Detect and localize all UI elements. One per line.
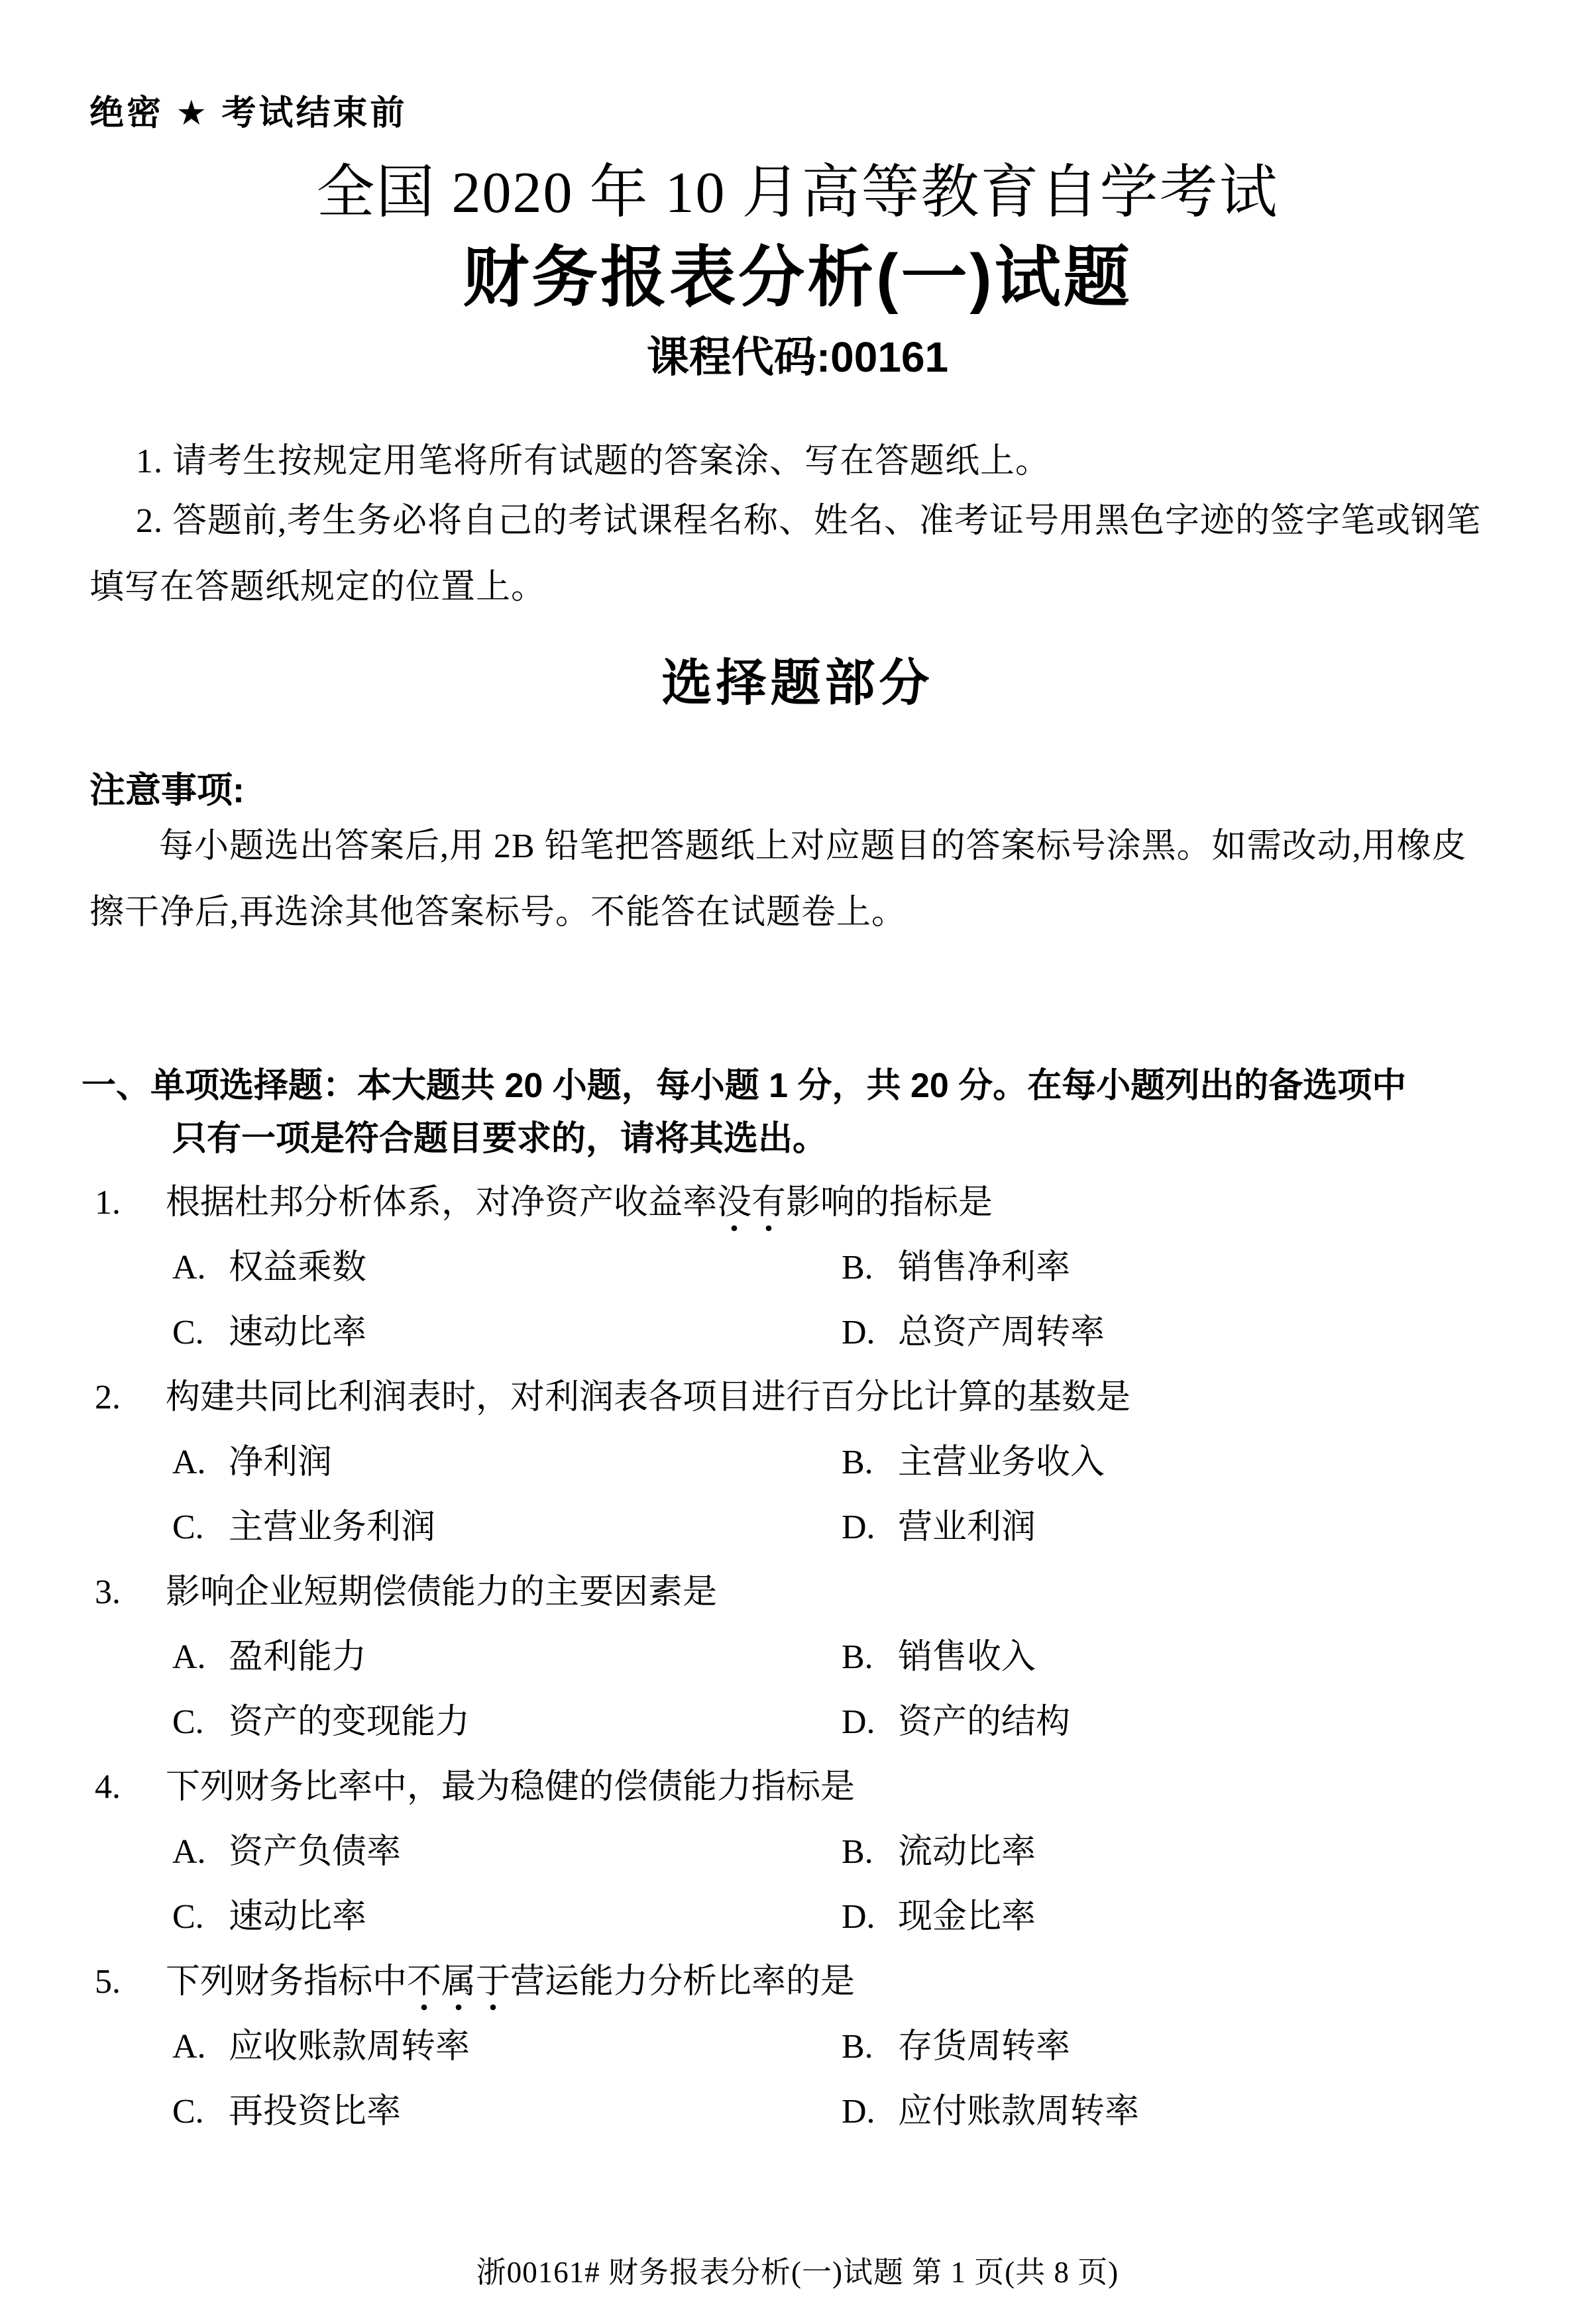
option-text: 资产的变现能力: [229, 1703, 470, 1741]
option-label: B.: [842, 2015, 898, 2080]
option-b: B.存货周转率: [842, 2015, 1506, 2080]
part-one-heading-line-1: 一、单项选择题：本大题共 20 小题，每小题 1 分，共 20 分。在每小题列出…: [82, 1059, 1506, 1112]
option-label: D.: [842, 1495, 898, 1560]
option-text: 资产的结构: [898, 1703, 1070, 1741]
question-3: 3.影响企业短期偿债能力的主要因素是 A.盈利能力 B.销售收入 C.资产的变现…: [89, 1560, 1506, 1755]
question-number: 3.: [89, 1560, 166, 1625]
option-a: A.权益乘数: [172, 1236, 842, 1300]
option-text: 再投资比率: [229, 2093, 401, 2131]
option-b: B.流动比率: [842, 1820, 1506, 1885]
option-a: A.盈利能力: [172, 1625, 842, 1690]
option-c: C.主营业务利润: [172, 1495, 842, 1560]
option-text: 营业利润: [898, 1508, 1036, 1546]
question-text: 影响的指标是: [786, 1184, 993, 1222]
option-b: B.销售净利率: [842, 1236, 1506, 1300]
question-4: 4.下列财务比率中，最为稳健的偿债能力指标是 A.资产负债率 B.流动比率 C.…: [89, 1755, 1506, 1950]
question-emphasized-text: 没有: [717, 1184, 786, 1234]
question-list: 1.根据杜邦分析体系，对净资产收益率没有影响的指标是 A.权益乘数 B.销售净利…: [89, 1171, 1506, 2144]
question-1: 1.根据杜邦分析体系，对净资产收益率没有影响的指标是 A.权益乘数 B.销售净利…: [89, 1171, 1506, 1365]
option-label: C.: [172, 1495, 229, 1560]
question-text: 下列财务比率中，最为稳健的偿债能力指标是: [166, 1768, 855, 1806]
question-4-options-cd: C.速动比率 D.现金比率: [89, 1885, 1506, 1950]
exam-page: 绝密 ★ 考试结束前 全国 2020 年 10 月高等教育自学考试 财务报表分析…: [0, 0, 1595, 2144]
exam-title: 全国 2020 年 10 月高等教育自学考试: [89, 160, 1506, 227]
option-text: 应付账款周转率: [898, 2093, 1139, 2131]
option-label: D.: [842, 1300, 898, 1365]
paper-title: 财务报表分析(一)试题: [89, 240, 1506, 316]
option-d: D.现金比率: [842, 1885, 1506, 1950]
question-text: 营运能力分析比率的是: [510, 1963, 855, 2001]
question-1-options-ab: A.权益乘数 B.销售净利率: [89, 1236, 1506, 1300]
notes-label: 注意事项:: [89, 769, 1506, 812]
question-3-stem: 3.影响企业短期偿债能力的主要因素是: [89, 1560, 1506, 1625]
question-text: 下列财务指标中: [166, 1963, 407, 2001]
option-text: 权益乘数: [229, 1249, 366, 1287]
option-a: A.应收账款周转率: [172, 2015, 842, 2080]
course-code: 课程代码:00161: [89, 333, 1506, 382]
option-label: A.: [172, 1820, 229, 1885]
part-one-heading: 一、单项选择题：本大题共 20 小题，每小题 1 分，共 20 分。在每小题列出…: [82, 1059, 1506, 1165]
question-2-stem: 2.构建共同比利润表时，对利润表各项目进行百分比计算的基数是: [89, 1365, 1506, 1430]
option-label: C.: [172, 1300, 229, 1365]
option-c: C.再投资比率: [172, 2080, 842, 2144]
option-d: D.资产的结构: [842, 1690, 1506, 1755]
question-2: 2.构建共同比利润表时，对利润表各项目进行百分比计算的基数是 A.净利润 B.主…: [89, 1365, 1506, 1560]
option-text: 存货周转率: [898, 2028, 1070, 2066]
question-number: 4.: [89, 1755, 166, 1820]
option-b: B.销售收入: [842, 1625, 1506, 1690]
part-one-heading-line-2: 只有一项是符合题目要求的，请将其选出。: [82, 1112, 1506, 1165]
question-3-options-cd: C.资产的变现能力 D.资产的结构: [89, 1690, 1506, 1755]
question-1-options-cd: C.速动比率 D.总资产周转率: [89, 1300, 1506, 1365]
option-b: B.主营业务收入: [842, 1430, 1506, 1495]
option-d: D.总资产周转率: [842, 1300, 1506, 1365]
option-text: 主营业务利润: [229, 1508, 435, 1546]
instruction-line-1: 1. 请考生按规定用笔将所有试题的答案涂、写在答题纸上。: [89, 441, 1506, 482]
option-label: C.: [172, 1690, 229, 1755]
question-5-options-cd: C.再投资比率 D.应付账款周转率: [89, 2080, 1506, 2144]
question-text: 构建共同比利润表时，对利润表各项目进行百分比计算的基数是: [166, 1379, 1130, 1416]
question-5: 5.下列财务指标中不属于营运能力分析比率的是 A.应收账款周转率 B.存货周转率…: [89, 1950, 1506, 2144]
question-2-options-cd: C.主营业务利润 D.营业利润: [89, 1495, 1506, 1560]
question-2-options-ab: A.净利润 B.主营业务收入: [89, 1430, 1506, 1495]
question-text: 根据杜邦分析体系，对净资产收益率: [166, 1184, 717, 1222]
option-label: A.: [172, 1236, 229, 1300]
notes-line-1: 每小题选出答案后,用 2B 铅笔把答题纸上对应题目的答案标号涂黑。如需改动,用橡…: [89, 826, 1506, 867]
option-text: 速动比率: [229, 1314, 366, 1351]
question-text: 影响企业短期偿债能力的主要因素是: [166, 1573, 717, 1611]
question-5-stem: 5.下列财务指标中不属于营运能力分析比率的是: [89, 1950, 1506, 2015]
notes-line-2: 擦干净后,再选涂其他答案标号。不能答在试题卷上。: [89, 892, 1506, 933]
security-label: 绝密 ★ 考试结束前: [89, 93, 1506, 134]
question-1-stem: 1.根据杜邦分析体系，对净资产收益率没有影响的指标是: [89, 1171, 1506, 1236]
option-text: 盈利能力: [229, 1638, 366, 1676]
question-number: 5.: [89, 1950, 166, 2015]
instruction-line-3: 填写在答题纸规定的位置上。: [89, 567, 1506, 608]
question-3-options-ab: A.盈利能力 B.销售收入: [89, 1625, 1506, 1690]
option-text: 销售净利率: [898, 1249, 1070, 1287]
option-label: C.: [172, 2080, 229, 2144]
option-d: D.营业利润: [842, 1495, 1506, 1560]
option-text: 速动比率: [229, 1898, 366, 1936]
option-text: 流动比率: [898, 1833, 1036, 1871]
page-footer: 浙00161# 财务报表分析(一)试题 第 1 页(共 8 页): [0, 2254, 1595, 2291]
option-d: D.应付账款周转率: [842, 2080, 1506, 2144]
option-c: C.资产的变现能力: [172, 1690, 842, 1755]
option-c: C.速动比率: [172, 1300, 842, 1365]
option-label: B.: [842, 1625, 898, 1690]
question-emphasized-text: 不属于: [407, 1963, 510, 2013]
question-5-options-ab: A.应收账款周转率 B.存货周转率: [89, 2015, 1506, 2080]
question-number: 1.: [89, 1171, 166, 1236]
option-label: A.: [172, 1430, 229, 1495]
option-text: 销售收入: [898, 1638, 1036, 1676]
option-label: B.: [842, 1820, 898, 1885]
option-label: A.: [172, 2015, 229, 2080]
option-text: 主营业务收入: [898, 1444, 1105, 1481]
option-text: 应收账款周转率: [229, 2028, 470, 2066]
question-4-stem: 4.下列财务比率中，最为稳健的偿债能力指标是: [89, 1755, 1506, 1820]
option-label: D.: [842, 1885, 898, 1950]
option-text: 资产负债率: [229, 1833, 401, 1871]
option-text: 现金比率: [898, 1898, 1036, 1936]
option-c: C.速动比率: [172, 1885, 842, 1950]
section-title: 选择题部分: [89, 655, 1506, 713]
option-label: B.: [842, 1430, 898, 1495]
instruction-line-2: 2. 答题前,考生务必将自己的考试课程名称、姓名、准考证号用黑色字迹的签字笔或钢…: [89, 501, 1506, 542]
question-number: 2.: [89, 1365, 166, 1430]
option-label: A.: [172, 1625, 229, 1690]
option-a: A.净利润: [172, 1430, 842, 1495]
option-a: A.资产负债率: [172, 1820, 842, 1885]
option-text: 总资产周转率: [898, 1314, 1105, 1351]
option-label: D.: [842, 1690, 898, 1755]
option-label: C.: [172, 1885, 229, 1950]
question-4-options-ab: A.资产负债率 B.流动比率: [89, 1820, 1506, 1885]
option-label: B.: [842, 1236, 898, 1300]
option-text: 净利润: [229, 1444, 332, 1481]
option-label: D.: [842, 2080, 898, 2144]
